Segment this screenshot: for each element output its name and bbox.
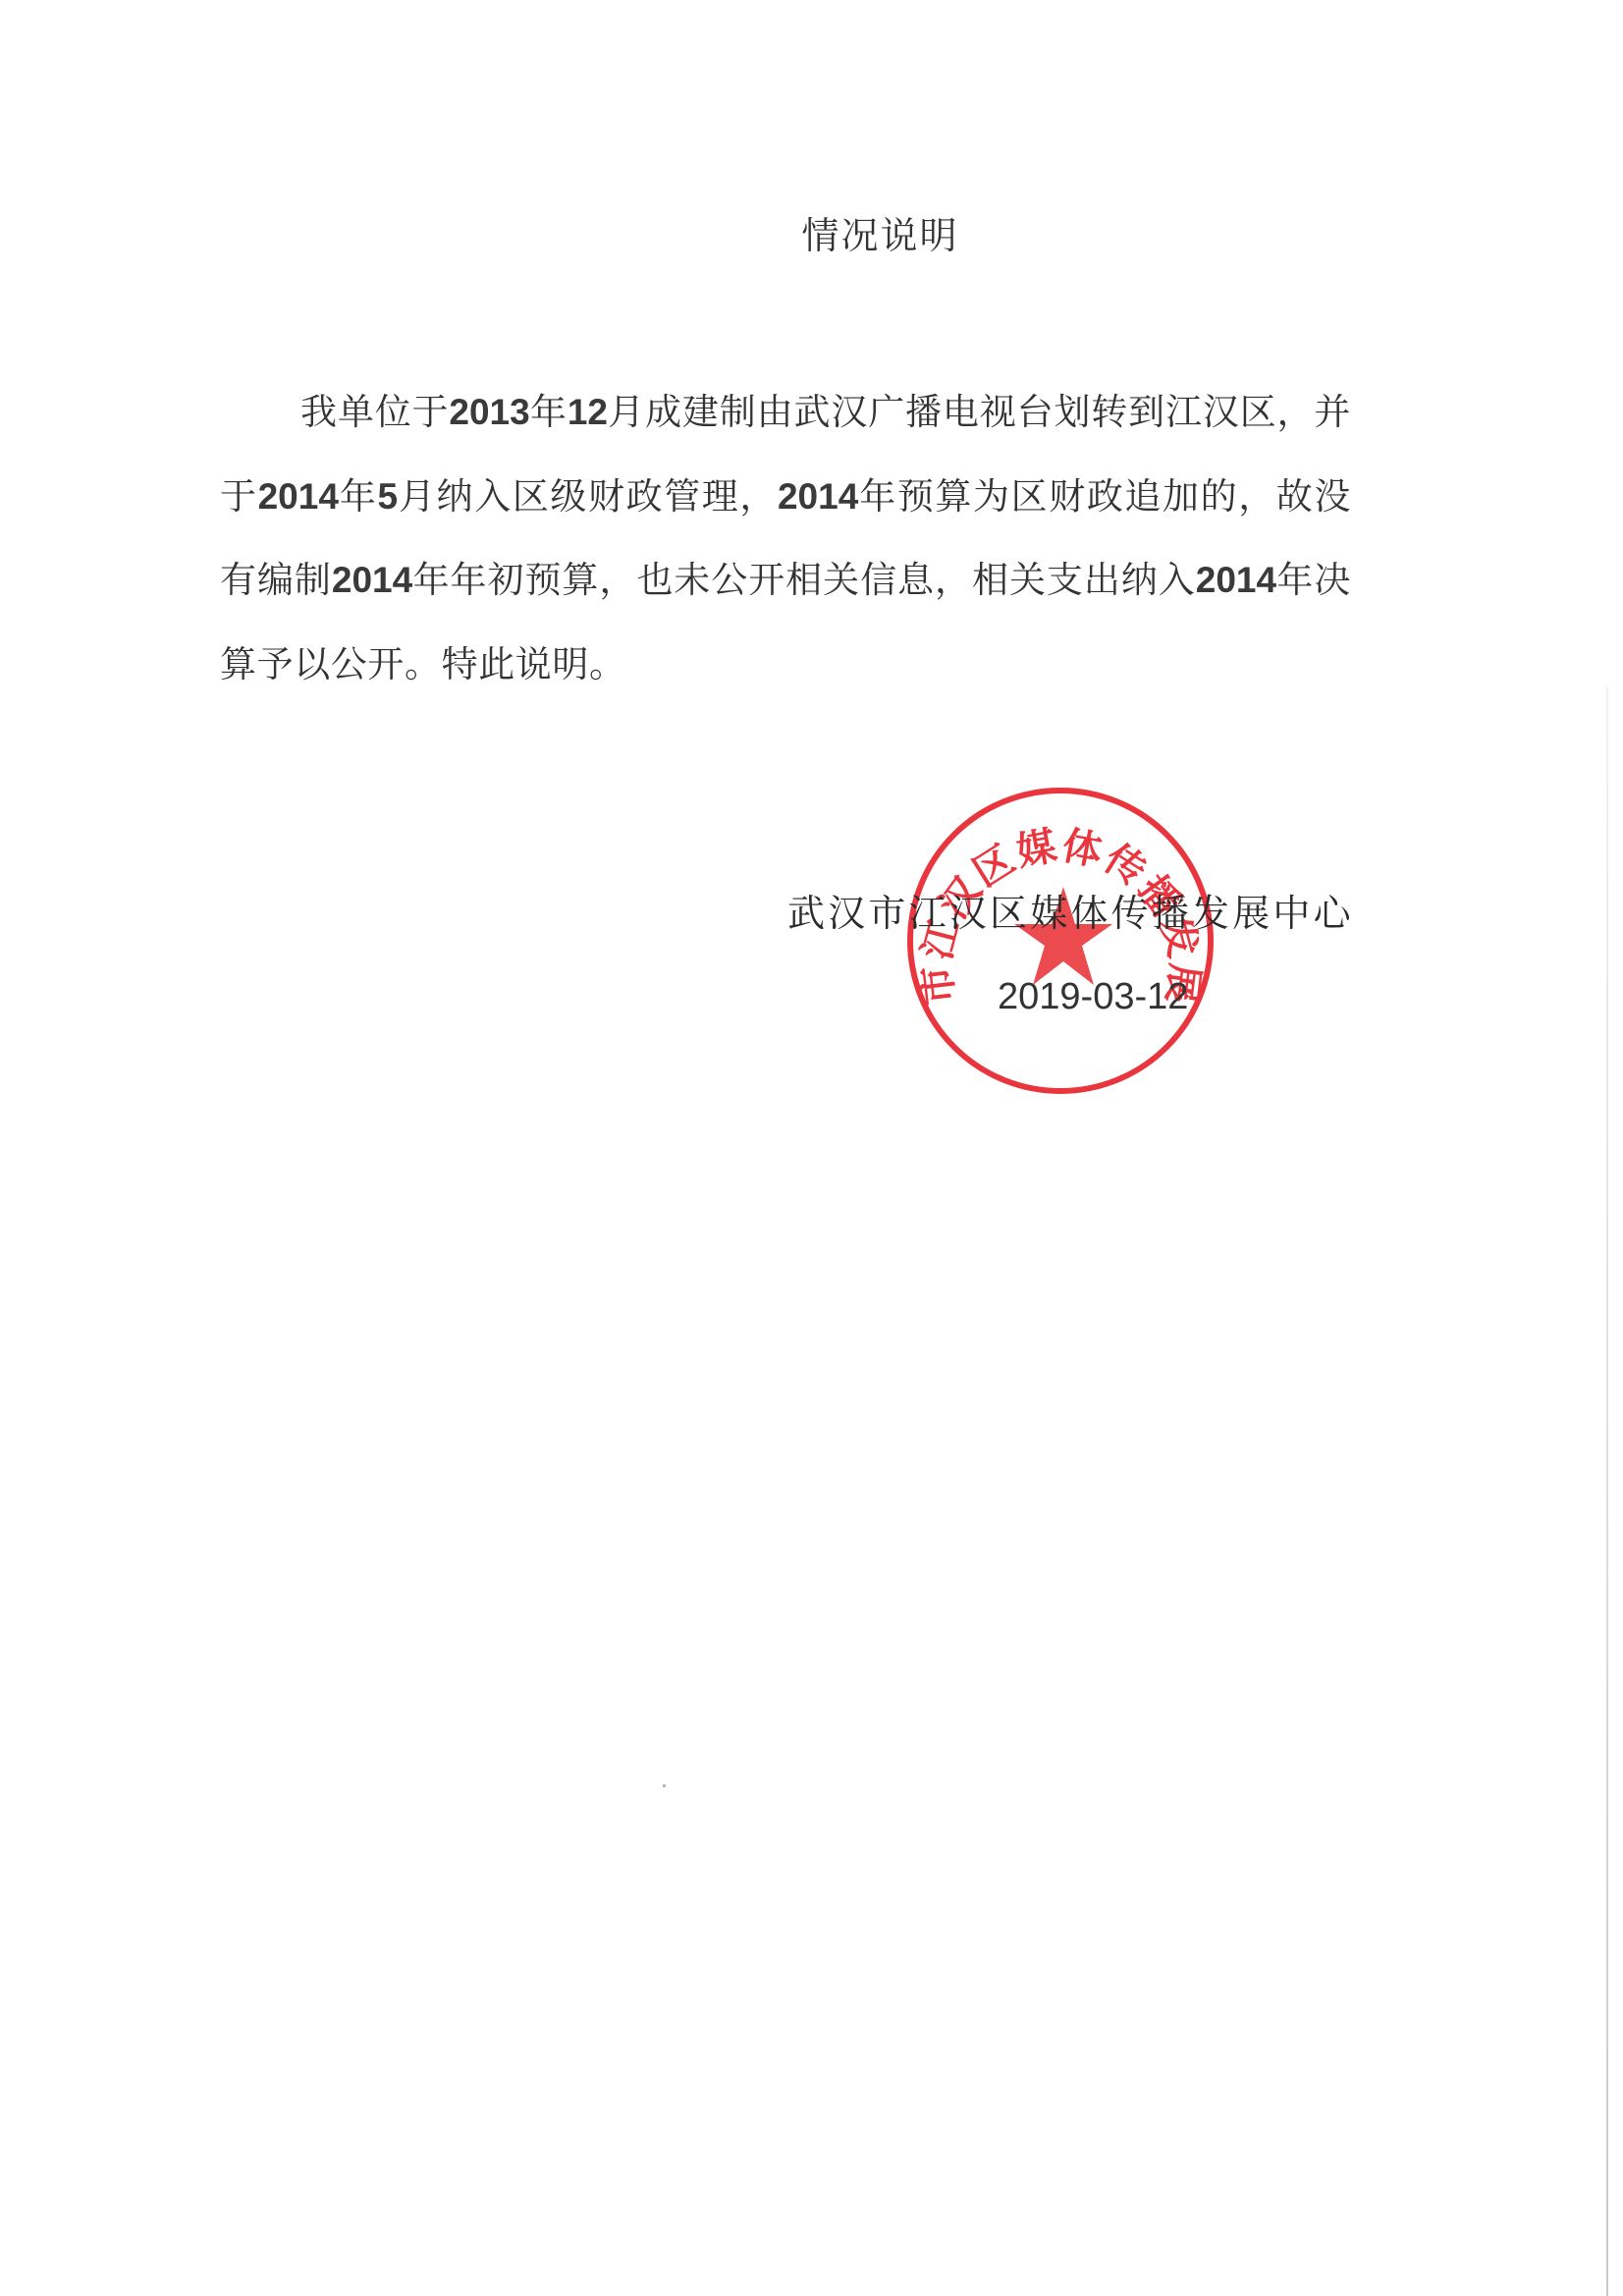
text-number: 2014 (258, 476, 339, 517)
signature-organization: 武汉市江汉区媒体传播发展中心 (787, 889, 1354, 938)
text-number: 2013 (449, 392, 529, 432)
text-segment: 年 (530, 391, 568, 433)
document-title: 情况说明 (0, 212, 1623, 259)
scan-edge-line (1606, 687, 1608, 2296)
text-number: 5 (378, 476, 399, 517)
text-segment: 月纳入区级财政管理， (398, 475, 778, 518)
text-number: 2014 (1196, 560, 1276, 600)
document-page: 情况说明 我单位于2013年12月成建制由武汉广播电视台划转到江汉区，并于201… (0, 0, 1623, 2296)
text-segment: 年年初预算，也未公开相关信息，相关支出纳入 (412, 559, 1196, 601)
text-number: 2014 (778, 476, 858, 517)
official-seal: 武汉市江汉区媒体传播发展中心 (905, 786, 1216, 1096)
text-number: 2014 (332, 560, 412, 600)
scan-speck (663, 1784, 666, 1787)
signature-date: 2019-03-12 (998, 975, 1188, 1018)
text-segment: 年 (339, 475, 378, 518)
text-number: 12 (568, 392, 608, 432)
text-segment: 我单位于 (300, 391, 449, 433)
explanation-paragraph: 我单位于2013年12月成建制由武汉广播电视台划转到江汉区，并于2014年5月纳… (220, 370, 1351, 706)
